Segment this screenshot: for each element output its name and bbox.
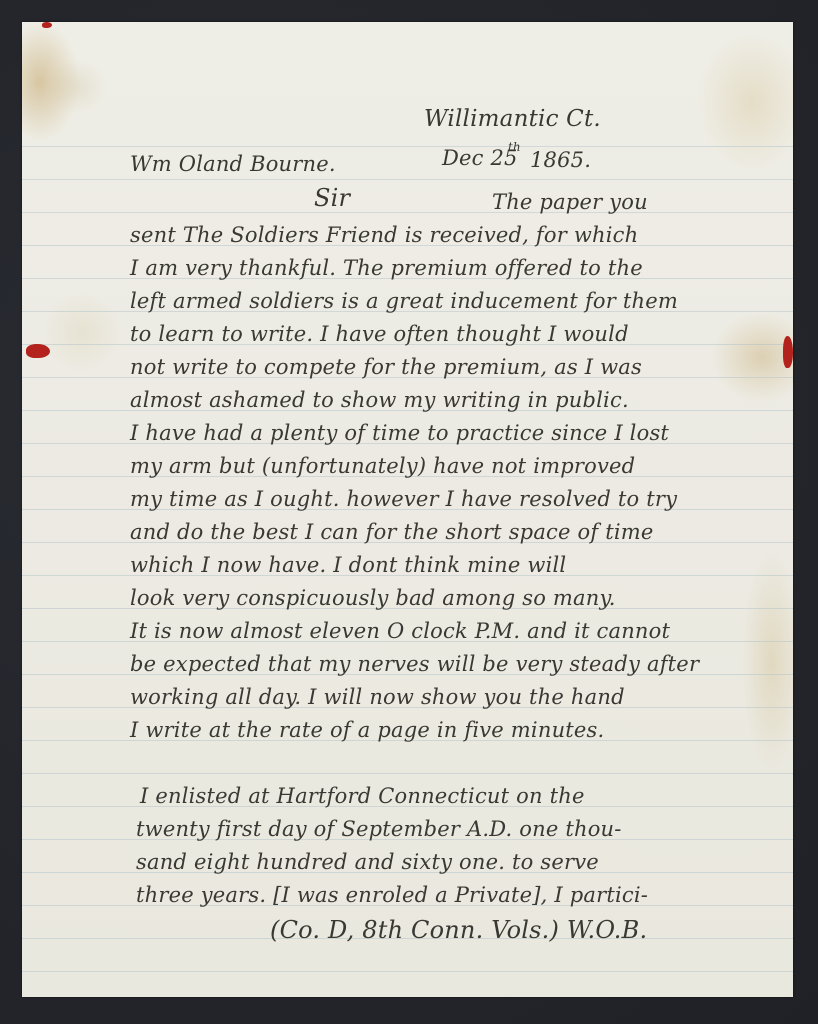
body-line: almost ashamed to show my writing in pub… <box>130 390 629 411</box>
ruled-line <box>22 179 793 180</box>
body-line: The paper you <box>492 192 648 213</box>
body-line: which I now have. I dont think mine will <box>130 555 566 576</box>
ruled-line <box>22 773 793 774</box>
enlistment-line: three years. [I was enroled a Private], … <box>136 885 648 906</box>
body-line: and do the best I can for the short spac… <box>130 522 654 543</box>
body-line: I write at the rate of a page in five mi… <box>130 720 604 741</box>
body-line: It is now almost eleven O clock P.M. and… <box>130 621 670 642</box>
body-line: I have had a plenty of time to practice … <box>130 423 669 444</box>
body-line: sent The Soldiers Friend is received, fo… <box>130 225 638 246</box>
body-line: be expected that my nerves will be very … <box>130 654 699 675</box>
body-line: my time as I ought. however I have resol… <box>130 489 677 510</box>
letter-date: Dec 25 <box>442 148 518 169</box>
unit-annotation: (Co. D, 8th Conn. Vols.) W.O.B. <box>270 918 647 942</box>
body-line: look very conspicuously bad among so man… <box>130 588 616 609</box>
letter-place: Willimantic Ct. <box>424 108 601 131</box>
wax-seal-fragment <box>42 22 52 28</box>
body-line: to learn to write. I have often thought … <box>130 324 629 345</box>
letter-year: 1865. <box>530 150 591 171</box>
body-line: left armed soldiers is a great inducemen… <box>130 291 678 312</box>
enlistment-line: sand eight hundred and sixty one. to ser… <box>136 852 599 873</box>
body-line: working all day. I will now show you the… <box>130 687 625 708</box>
ruled-line <box>22 146 793 147</box>
enlistment-line: twenty first day of September A.D. one t… <box>136 819 622 840</box>
ruled-line <box>22 971 793 972</box>
letter-page: Willimantic Ct. Dec 25 th 1865. Wm Oland… <box>22 22 793 997</box>
body-line: my arm but (unfortunately) have not impr… <box>130 456 635 477</box>
body-line: I am very thankful. The premium offered … <box>130 258 643 279</box>
letter-salutation: Sir <box>314 186 350 210</box>
wax-seal-fragment <box>783 336 793 368</box>
wax-seal-fragment <box>26 344 50 358</box>
letter-date-superscript: th <box>508 140 521 154</box>
body-line: not write to compete for the premium, as… <box>130 357 642 378</box>
letter-recipient: Wm Oland Bourne. <box>130 154 336 175</box>
enlistment-line: I enlisted at Hartford Connecticut on th… <box>140 786 585 807</box>
ruled-line <box>22 212 793 213</box>
